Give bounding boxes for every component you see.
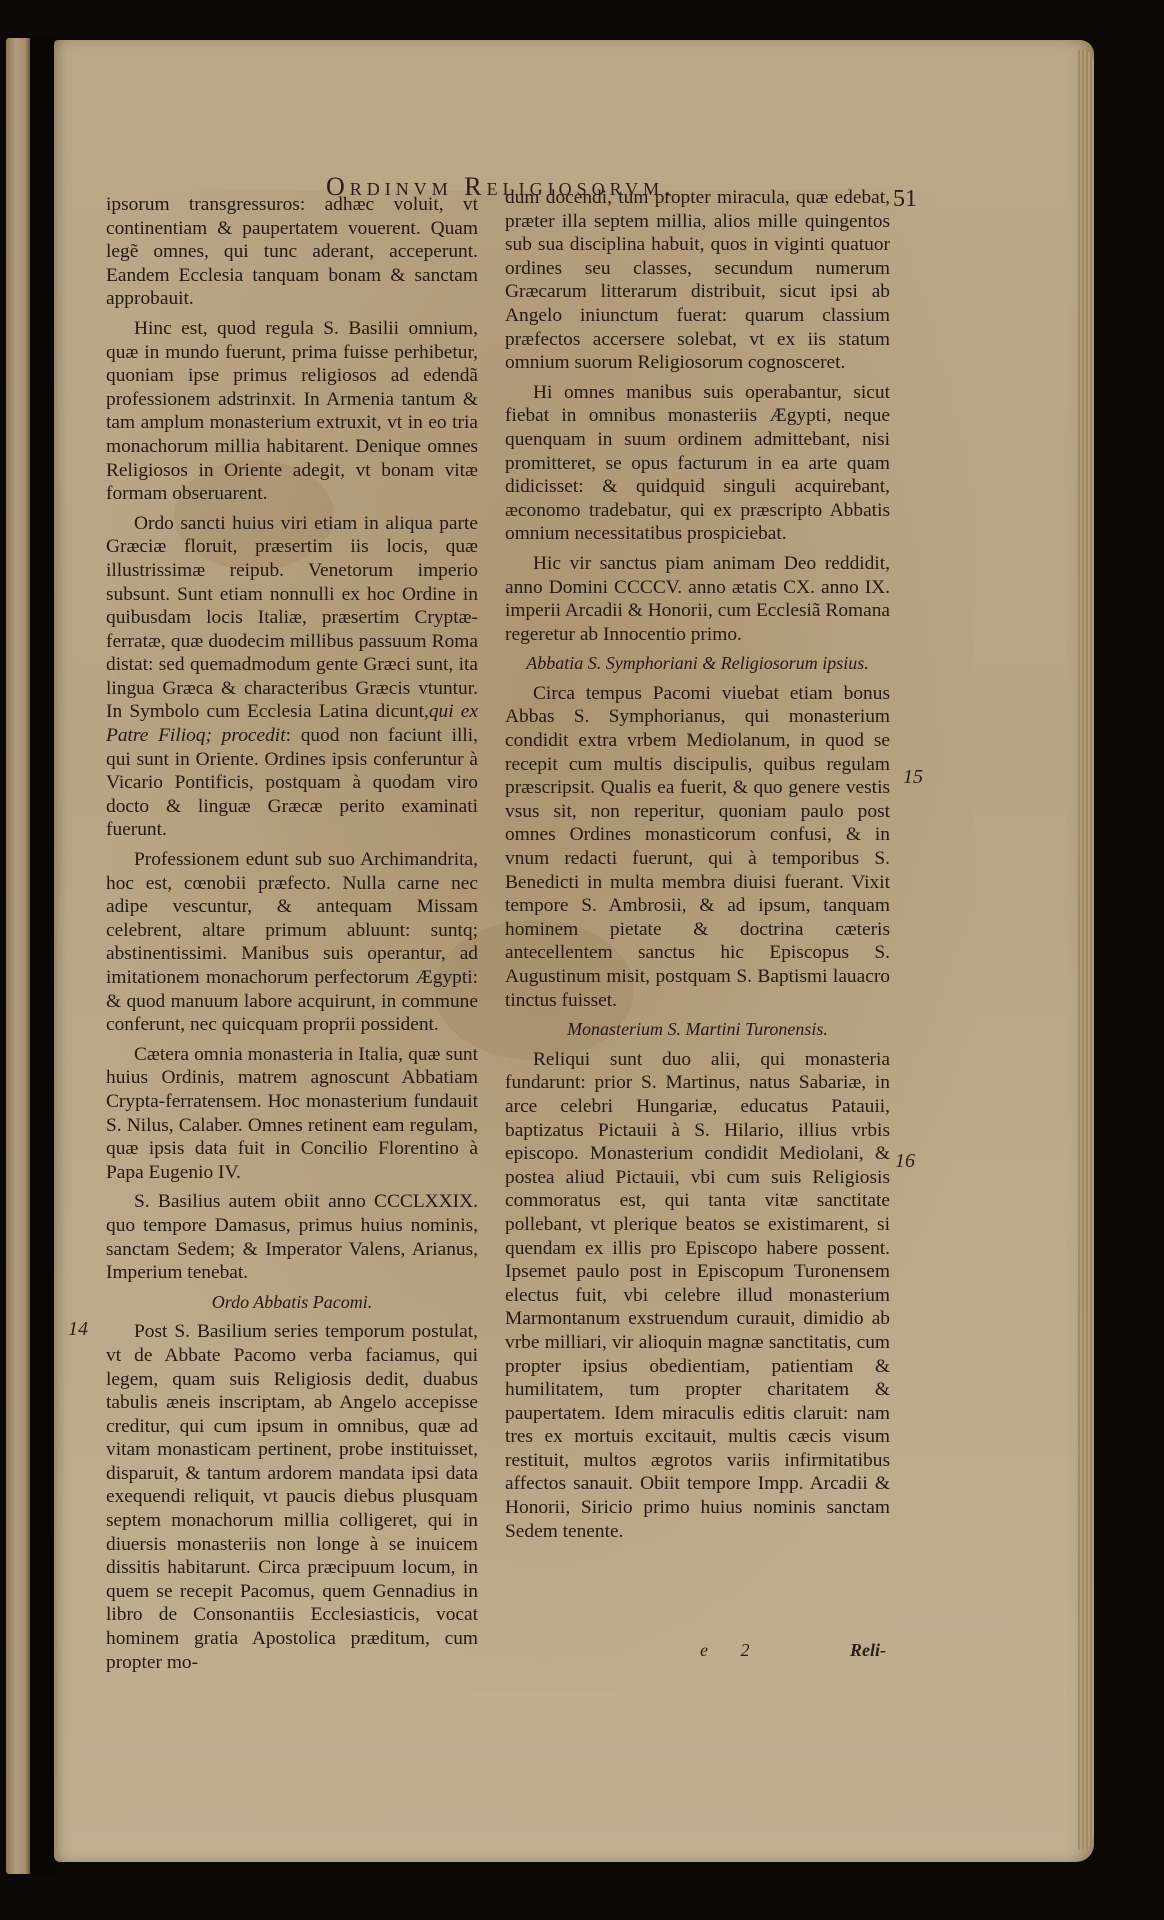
catchword: Reli- bbox=[850, 1640, 886, 1661]
page-number: 51 bbox=[893, 186, 917, 213]
book-gutter bbox=[30, 38, 56, 1878]
paragraph: Reliqui sunt duo alii, qui monasteria fu… bbox=[505, 1048, 890, 1543]
section-heading: Monasterium S. Martini Turonensis. bbox=[505, 1018, 890, 1042]
paragraph: ipsorum transgressuros: adhæc voluit, vt… bbox=[106, 193, 478, 311]
section-heading: Ordo Abbatis Pacomi. bbox=[106, 1291, 478, 1315]
paragraph: Ordo sancti huius viri etiam in aliqua p… bbox=[106, 512, 478, 842]
paragraph: Cætera omnia monasteria in Italia, quæ s… bbox=[106, 1043, 478, 1185]
paragraph: Professionem edunt sub suo Archimandrita… bbox=[106, 848, 478, 1037]
section-heading: Abbatia S. Symphoriani & Religiosorum ip… bbox=[505, 652, 890, 676]
page-edges bbox=[1078, 50, 1094, 1850]
paragraph: Hic vir sanctus piam animam Deo reddidit… bbox=[505, 552, 890, 646]
paragraph: Hinc est, quod regula S. Basilii omnium,… bbox=[106, 317, 478, 506]
left-column: ipsorum transgressuros: adhæc voluit, vt… bbox=[106, 193, 478, 1680]
signature-mark: e 2 bbox=[700, 1640, 764, 1661]
margin-number: 16 bbox=[895, 1150, 915, 1173]
margin-number: 14 bbox=[68, 1318, 88, 1341]
paragraph: dum docendi, tum propter miracula, quæ e… bbox=[505, 186, 890, 375]
paragraph: Circa tempus Pacomi viuebat etiam bonus … bbox=[505, 682, 890, 1012]
paragraph: S. Basilius autem obiit anno CCCLXXIX. q… bbox=[106, 1190, 478, 1284]
previous-page-edge bbox=[6, 38, 30, 1874]
paragraph: Post S. Basilium series temporum postula… bbox=[106, 1320, 478, 1674]
right-column: dum docendi, tum propter miracula, quæ e… bbox=[505, 186, 890, 1549]
paragraph: Hi omnes manibus suis operabantur, sicut… bbox=[505, 381, 890, 546]
margin-number: 15 bbox=[903, 766, 923, 789]
text-run: Ordo sancti huius viri etiam in aliqua p… bbox=[106, 513, 478, 723]
